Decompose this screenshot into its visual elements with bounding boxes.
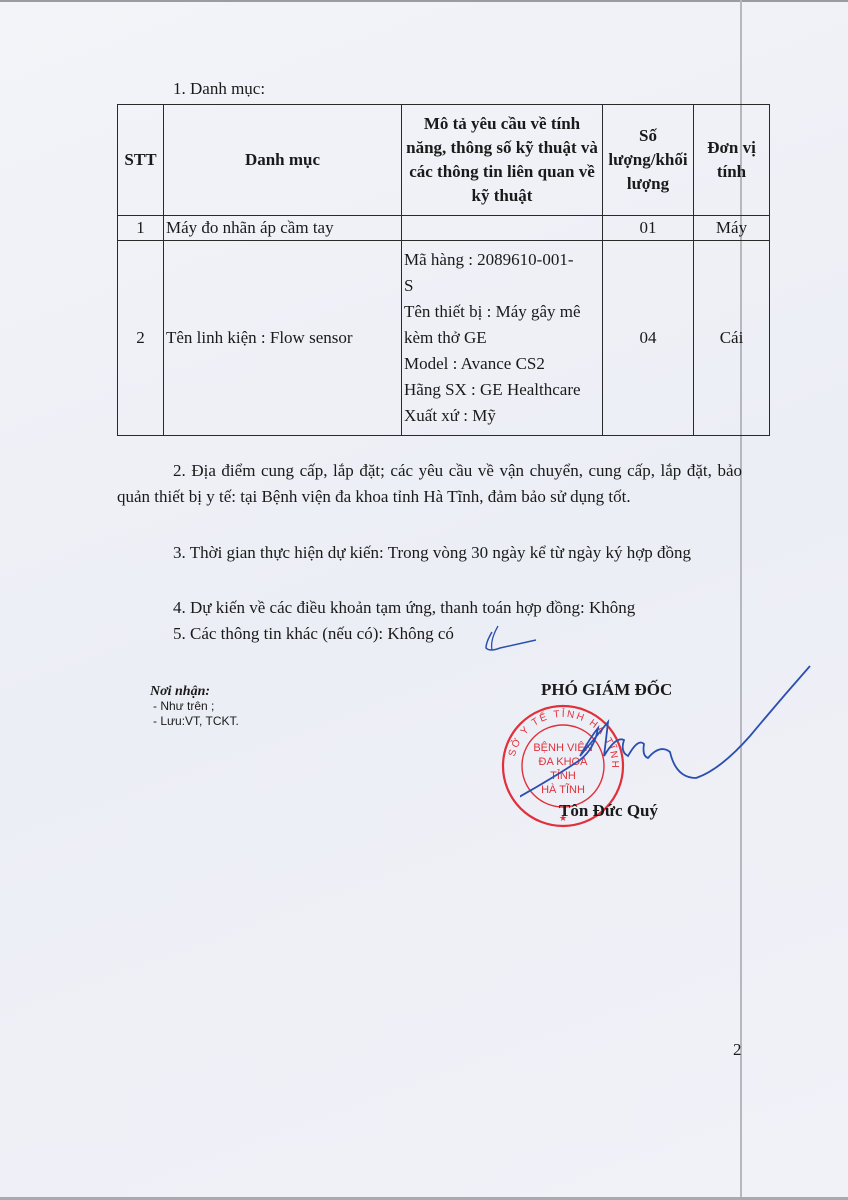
desc-line: Model : Avance CS2 [404,351,600,377]
desc-line: S [404,273,600,299]
paragraph-timeline: 3. Thời gian thực hiện dự kiến: Trong vò… [117,540,742,566]
cell-unit: Cái [694,241,770,436]
cell-qty: 01 [603,216,694,241]
table-header-row: STT Danh mục Mô tả yêu cầu về tính năng,… [118,105,770,216]
desc-line: Hãng SX : GE Healthcare [404,377,600,403]
desc-line: Xuất xứ : Mỹ [404,403,600,429]
cell-qty: 04 [603,241,694,436]
desc-line: kèm thở GE [404,325,600,351]
page-number: 2 [733,1040,742,1060]
header-desc: Mô tả yêu cầu về tính năng, thông số kỹ … [402,105,603,216]
items-table: STT Danh mục Mô tả yêu cầu về tính năng,… [117,104,770,436]
cell-stt: 1 [118,216,164,241]
paragraph-payment-terms: 4. Dự kiến về các điều khoản tạm ứng, th… [117,595,742,621]
cell-desc [402,216,603,241]
desc-line: Mã hàng : 2089610-001- [404,247,600,273]
recipients-block: Nơi nhận: - Như trên ; - Lưu:VT, TCKT. [150,684,239,729]
section-heading-danh-muc: 1. Danh mục: [173,79,265,99]
paragraph-delivery-location: 2. Địa điểm cung cấp, lắp đặt; các yêu c… [117,458,742,510]
desc-line: Tên thiết bị : Máy gây mê [404,299,600,325]
cell-name: Máy đo nhãn áp cầm tay [164,216,402,241]
handwritten-signature-icon [520,660,820,820]
table-row: 2 Tên linh kiện : Flow sensor Mã hàng : … [118,241,770,436]
paragraph-other-info: 5. Các thông tin khác (nếu có): Không có [117,621,742,647]
initial-mark-icon [478,618,538,658]
recipients-title: Nơi nhận: [150,684,239,699]
recipient-item: - Lưu:VT, TCKT. [150,714,239,729]
cell-stt: 2 [118,241,164,436]
scan-top-edge [0,0,848,2]
header-name: Danh mục [164,105,402,216]
cell-name: Tên linh kiện : Flow sensor [164,241,402,436]
header-qty: Số lượng/khối lượng [603,105,694,216]
table-row: 1 Máy đo nhãn áp cầm tay 01 Máy [118,216,770,241]
cell-desc: Mã hàng : 2089610-001- S Tên thiết bị : … [402,241,603,436]
recipient-item: - Như trên ; [150,699,239,714]
cell-unit: Máy [694,216,770,241]
header-stt: STT [118,105,164,216]
header-unit: Đơn vị tính [694,105,770,216]
